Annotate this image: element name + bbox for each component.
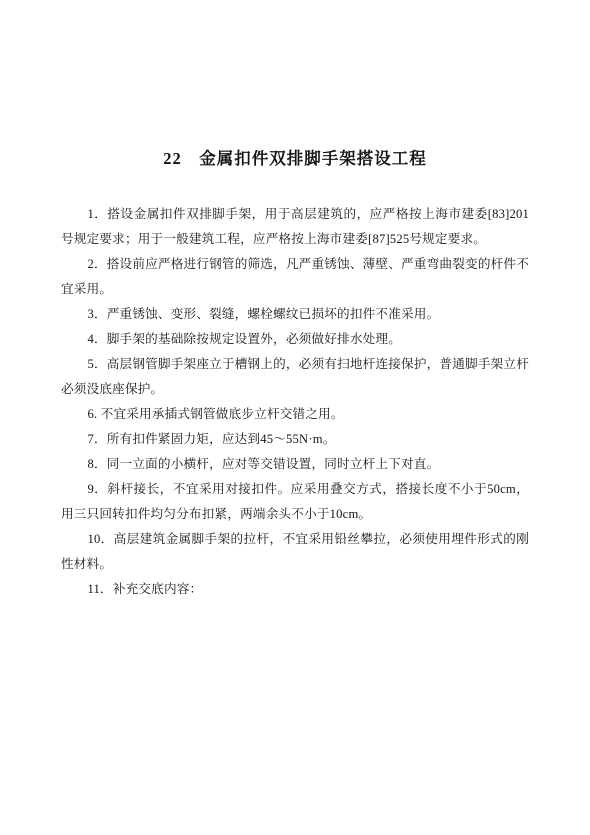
list-item: 9．斜杆接长，不宜采用对接扣件。应采用叠交方式，搭接长度不小于50cm，用三只回… xyxy=(61,477,529,527)
list-item: 4．脚手架的基础除按规定设置外，必须做好排水处理。 xyxy=(61,327,529,352)
list-item: 2．搭设前应严格进行钢管的筛选，凡严重锈蚀、薄壁、严重弯曲裂变的杆件不宜采用。 xyxy=(61,252,529,302)
list-item: 7．所有扣件紧固力矩，应达到45～55N·m。 xyxy=(61,427,529,452)
list-item: 6. 不宜采用承插式钢管做底步立杆交错之用。 xyxy=(61,402,529,427)
list-item: 8．同一立面的小横杆，应对等交错设置，同时立杆上下对直。 xyxy=(61,452,529,477)
list-item: 5．高层钢管脚手架座立于槽钢上的，必须有扫地杆连接保护，普通脚手架立杆必须没底座… xyxy=(61,352,529,402)
list-item: 1．搭设金属扣件双排脚手架，用于高层建筑的，应严格按上海市建委[83]201号规… xyxy=(61,202,529,252)
list-item: 11．补充交底内容： xyxy=(61,577,529,602)
list-item: 3．严重锈蚀、变形、裂缝，螺栓螺纹已损坏的扣件不准采用。 xyxy=(61,302,529,327)
document-page: 22 金属扣件双排脚手架搭设工程 1．搭设金属扣件双排脚手架，用于高层建筑的，应… xyxy=(0,0,590,835)
list-item: 10．高层建筑金属脚手架的拉杆，不宜采用铅丝攀拉，必须使用埋件形式的刚性材料。 xyxy=(61,527,529,577)
document-body: 1．搭设金属扣件双排脚手架，用于高层建筑的，应严格按上海市建委[83]201号规… xyxy=(61,202,529,602)
page-title: 22 金属扣件双排脚手架搭设工程 xyxy=(61,145,529,169)
